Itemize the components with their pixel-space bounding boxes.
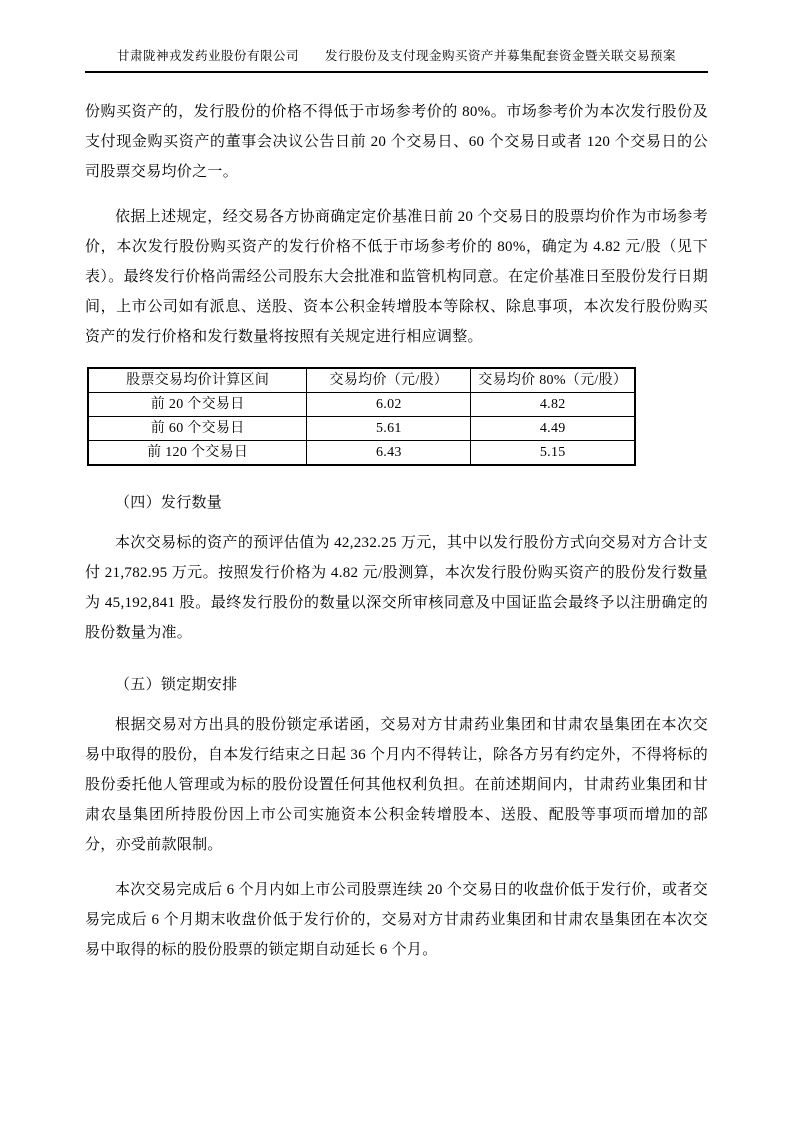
price-table-header-cell: 交易均价 80%（元/股） — [471, 368, 635, 393]
para-continuation: 份购买资产的，发行股份的价格不得低于市场参考价的 80%。市场参考价为本次发行股… — [85, 97, 708, 187]
table-row: 前 120 个交易日 6.43 5.15 — [88, 441, 635, 466]
para-pricing: 依据上述规定，经交易各方协商确定定价基准日前 20 个交易日的股票均价作为市场参… — [85, 202, 708, 352]
price-table-header-cell: 交易均价（元/股） — [307, 368, 471, 393]
price-table-cell: 5.15 — [471, 441, 635, 466]
price-table-cell: 6.43 — [307, 441, 471, 466]
price-table-header-cell: 股票交易均价计算区间 — [88, 368, 307, 393]
para-lockup-extension: 本次交易完成后 6 个月内如上市公司股票连续 20 个交易日的收盘价低于发行价，… — [85, 875, 708, 965]
table-row: 前 60 个交易日 5.61 4.49 — [88, 417, 635, 441]
para-issuance-quantity: 本次交易标的资产的预评估值为 42,232.25 万元，其中以发行股份方式向交易… — [85, 528, 708, 648]
para-lockup: 根据交易对方出具的股份锁定承诺函，交易对方甘肃药业集团和甘肃农垦集团在本次交易中… — [85, 710, 708, 860]
price-table: 股票交易均价计算区间 交易均价（元/股） 交易均价 80%（元/股） 前 20 … — [87, 367, 636, 466]
price-table-cell: 4.49 — [471, 417, 635, 441]
price-table-header-row: 股票交易均价计算区间 交易均价（元/股） 交易均价 80%（元/股） — [88, 368, 635, 393]
price-table-cell: 6.02 — [307, 393, 471, 417]
price-table-cell: 前 120 个交易日 — [88, 441, 307, 466]
section-heading-lockup: （五）锁定期安排 — [85, 670, 708, 700]
page-header: 甘肃陇神戎发药业股份有限公司 发行股份及支付现金购买资产并募集配套资金暨关联交易… — [85, 46, 708, 73]
header-title: 甘肃陇神戎发药业股份有限公司 发行股份及支付现金购买资产并募集配套资金暨关联交易… — [117, 49, 676, 63]
document-page: 甘肃陇神戎发药业股份有限公司 发行股份及支付现金购买资产并募集配套资金暨关联交易… — [0, 0, 793, 1122]
table-row: 前 20 个交易日 6.02 4.82 — [88, 393, 635, 417]
price-table-cell: 前 20 个交易日 — [88, 393, 307, 417]
price-table-cell: 5.61 — [307, 417, 471, 441]
section-heading-issuance-quantity: （四）发行数量 — [85, 488, 708, 518]
price-table-cell: 4.82 — [471, 393, 635, 417]
price-table-cell: 前 60 个交易日 — [88, 417, 307, 441]
